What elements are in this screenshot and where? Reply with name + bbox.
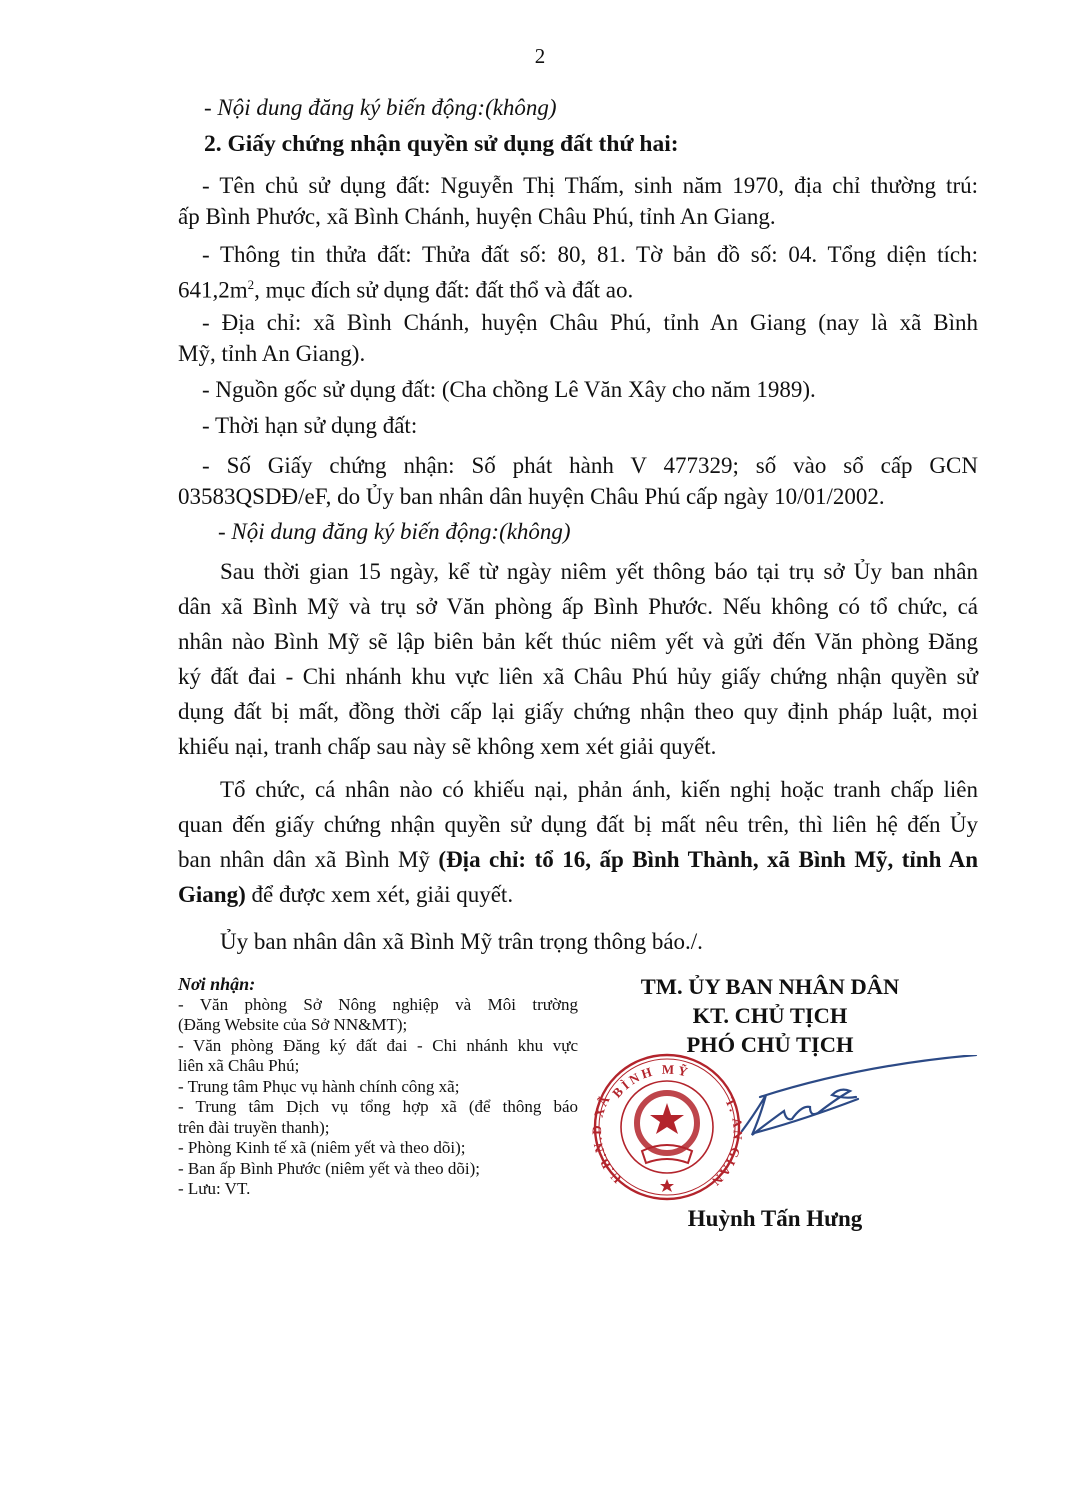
contact-outro: để được xem xét, giải quyết.	[246, 882, 513, 907]
address-line-1: - Địa chỉ: xã Bình Chánh, huyện Châu Phú…	[202, 309, 978, 337]
recipient-item: - Phòng Kinh tế xã (niêm yết và theo dõi…	[178, 1138, 578, 1159]
paragraph-2-line: Tổ chức, cá nhân nào có khiếu nại, phản …	[220, 776, 978, 804]
paragraph-1-line: khiếu nại, tranh chấp sau này sẽ không x…	[178, 733, 716, 761]
parcel-area: 641,2m	[178, 278, 248, 303]
parcel-line-2: 641,2m2, mục đích sử dụng đất: đất thổ v…	[178, 271, 633, 305]
handwritten-signature	[740, 1055, 980, 1145]
signature-title-block: TM. ỦY BAN NHÂN DÂN KT. CHỦ TỊCH PHÓ CHỦ…	[590, 972, 950, 1059]
recipient-item: - Lưu: VT.	[178, 1179, 578, 1200]
recipient-item: trên đài truyền thanh);	[178, 1118, 578, 1139]
contact-address: (Địa chỉ: tổ 16, ấp Bình Thành, xã Bình …	[438, 847, 978, 872]
section-heading: 2. Giấy chứng nhận quyền sử dụng đất thứ…	[204, 130, 679, 158]
signature-line-1: TM. ỦY BAN NHÂN DÂN	[590, 972, 950, 1001]
paragraph-2-line: quan đến giấy chứng nhận quyền sử dụng đ…	[178, 811, 978, 839]
recipient-item: - Trung tâm Dịch vụ tổng hợp xã (để thôn…	[178, 1097, 578, 1118]
closing-statement: Ủy ban nhân dân xã Bình Mỹ trân trọng th…	[220, 928, 703, 956]
parcel-purpose: , mục đích sử dụng đất: đất thổ và đất a…	[254, 278, 633, 303]
recipient-item: liên xã Châu Phú;	[178, 1056, 578, 1077]
recipients-title: Nơi nhận:	[178, 974, 578, 995]
parcel-line-1: - Thông tin thửa đất: Thửa đất số: 80, 8…	[202, 241, 978, 269]
paragraph-1-line: nhân nào Bình Mỹ sẽ lập biên bản kết thú…	[178, 628, 978, 656]
paragraph-1-line: Sau thời gian 15 ngày, kể từ ngày niêm y…	[220, 558, 978, 586]
paragraph-2-line: Giang) để được xem xét, giải quyết.	[178, 881, 513, 909]
land-term: - Thời hạn sử dụng đất:	[202, 412, 417, 440]
recipient-item: - Trung tâm Phục vụ hành chính công xã;	[178, 1077, 578, 1098]
owner-line-2: ấp Bình Phước, xã Bình Chánh, huyện Châu…	[178, 203, 776, 231]
recipient-item: - Ban ấp Bình Phước (niêm yết và theo dõ…	[178, 1159, 578, 1180]
contact-intro: ban nhân dân xã Bình Mỹ	[178, 847, 438, 872]
paragraph-1-line: dân xã Bình Mỹ và trụ sở Văn phòng ấp Bì…	[178, 593, 978, 621]
paragraph-1-line: ký đất đai - Chi nhánh khu vực liên xã C…	[178, 663, 978, 691]
certificate-line-2: 03583QSDĐ/eF, do Ủy ban nhân dân huyện C…	[178, 483, 885, 511]
change-registration-line-2: - Nội dung đăng ký biến động:(không)	[218, 518, 571, 546]
paragraph-2-line: ban nhân dân xã Bình Mỹ (Địa chỉ: tổ 16,…	[178, 846, 978, 874]
recipients-list: Nơi nhận: - Văn phòng Sở Nông nghiệp và …	[178, 974, 578, 1200]
recipient-item: (Đăng Website của Sở NN&MT);	[178, 1015, 578, 1036]
land-origin: - Nguồn gốc sử dụng đất: (Cha chồng Lê V…	[202, 376, 816, 404]
page-number: 2	[0, 44, 1080, 69]
address-line-2: Mỹ, tỉnh An Giang).	[178, 340, 365, 368]
signature-line-2: KT. CHỦ TỊCH	[590, 1001, 950, 1030]
certificate-line-1: - Số Giấy chứng nhận: Số phát hành V 477…	[202, 452, 978, 480]
contact-address-end: Giang)	[178, 882, 246, 907]
owner-line-1: - Tên chủ sử dụng đất: Nguyễn Thị Thấm, …	[202, 172, 978, 200]
recipient-item: - Văn phòng Đăng ký đất đai - Chi nhánh …	[178, 1036, 578, 1057]
change-registration-line: - Nội dung đăng ký biến động:(không)	[204, 94, 557, 122]
official-seal-icon: BÌNH MỸ U.B.N.D XÃ T. AN GIANG	[584, 1051, 750, 1201]
paragraph-1-line: dụng đất bị mất, đồng thời cấp lại giấy …	[178, 698, 978, 726]
recipient-item: - Văn phòng Sở Nông nghiệp và Môi trường	[178, 995, 578, 1016]
svg-text:U.B.N.D XÃ: U.B.N.D XÃ	[589, 1092, 625, 1187]
signer-name: Huỳnh Tấn Hưng	[640, 1206, 910, 1232]
